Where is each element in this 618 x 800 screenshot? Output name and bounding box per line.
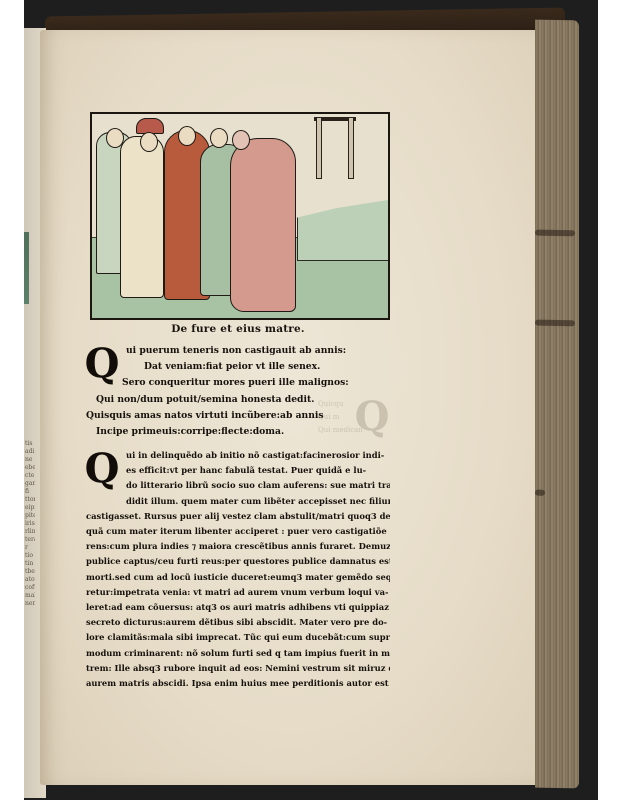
figure-mother — [230, 138, 296, 312]
figure-head — [178, 126, 196, 146]
hand-colored-woodcut-illustration — [90, 112, 390, 320]
prose-line: publice captus/ceu furti reus:per questo… — [86, 554, 390, 569]
prose-line: aurem matris abscidi. Ipsa enim huius me… — [86, 676, 390, 691]
prose-line: leret:ad eam cõuersus: atq3 os auri matr… — [86, 600, 390, 615]
figure-guard — [120, 136, 164, 298]
prose-line: quã cum mater iterum libenter acciperet … — [86, 524, 390, 539]
prose-line: rens:cum plura indies ⁊ maiora crescẽtib… — [86, 539, 390, 554]
show-through-initial: Q — [354, 394, 390, 440]
stain — [535, 320, 575, 327]
verse-line: Sero conqueritur mores pueri ille malign… — [86, 375, 406, 391]
illustration-caption: De fure et eius matre. — [90, 323, 386, 335]
green-ink-mark — [24, 232, 29, 304]
prose-line: secreto dicturus:aurem dẽtibus sibi absc… — [86, 615, 390, 630]
prose-line: didit illum. quem mater cum libẽter acce… — [86, 494, 390, 509]
figure-head — [140, 132, 158, 152]
figure-head — [210, 128, 228, 148]
prose-line: es efficit:vt per hanc fabulã testat. Pu… — [86, 463, 390, 478]
prose-line: retur:impetrata venia: vt matri ad aurem… — [86, 585, 390, 600]
stain — [535, 490, 545, 496]
prose-line: ui in delinquẽdo ab initio nõ castigat:f… — [86, 448, 390, 463]
verse-line: Dat veniam:fiat peior vt ille senex. — [86, 359, 406, 375]
prose-line: lore clamitãs:mala sibi imprecat. Tũc qu… — [86, 630, 390, 645]
figure-head — [232, 130, 250, 150]
prose-line: morti.sed cum ad locũ iusticie duceret:e… — [86, 570, 390, 585]
facing-page-text-bleed: tisadineebecteganfittonieiprpiteirisrlin… — [25, 440, 35, 608]
prose-block: ui in delinquẽdo ab initio nõ castigat:f… — [86, 448, 390, 691]
verse-line: ui puerum teneris non castigauit ab anni… — [86, 343, 406, 359]
woodcut-hill — [297, 199, 390, 261]
prose-line: trem: Ille absq3 rubore inquit ad eos: N… — [86, 661, 390, 676]
prose-line: do litterario librũ socio suo clam aufer… — [86, 478, 390, 493]
left-frame — [0, 0, 24, 800]
stain — [535, 230, 575, 237]
prose-line: modum criminarent: nõ solum furti sed q … — [86, 646, 390, 661]
prose-line: castigasset. Rursus puer alij vestez cla… — [86, 509, 390, 524]
right-frame — [598, 0, 618, 800]
gallows-icon — [314, 117, 356, 177]
book-fore-edge — [535, 20, 579, 789]
